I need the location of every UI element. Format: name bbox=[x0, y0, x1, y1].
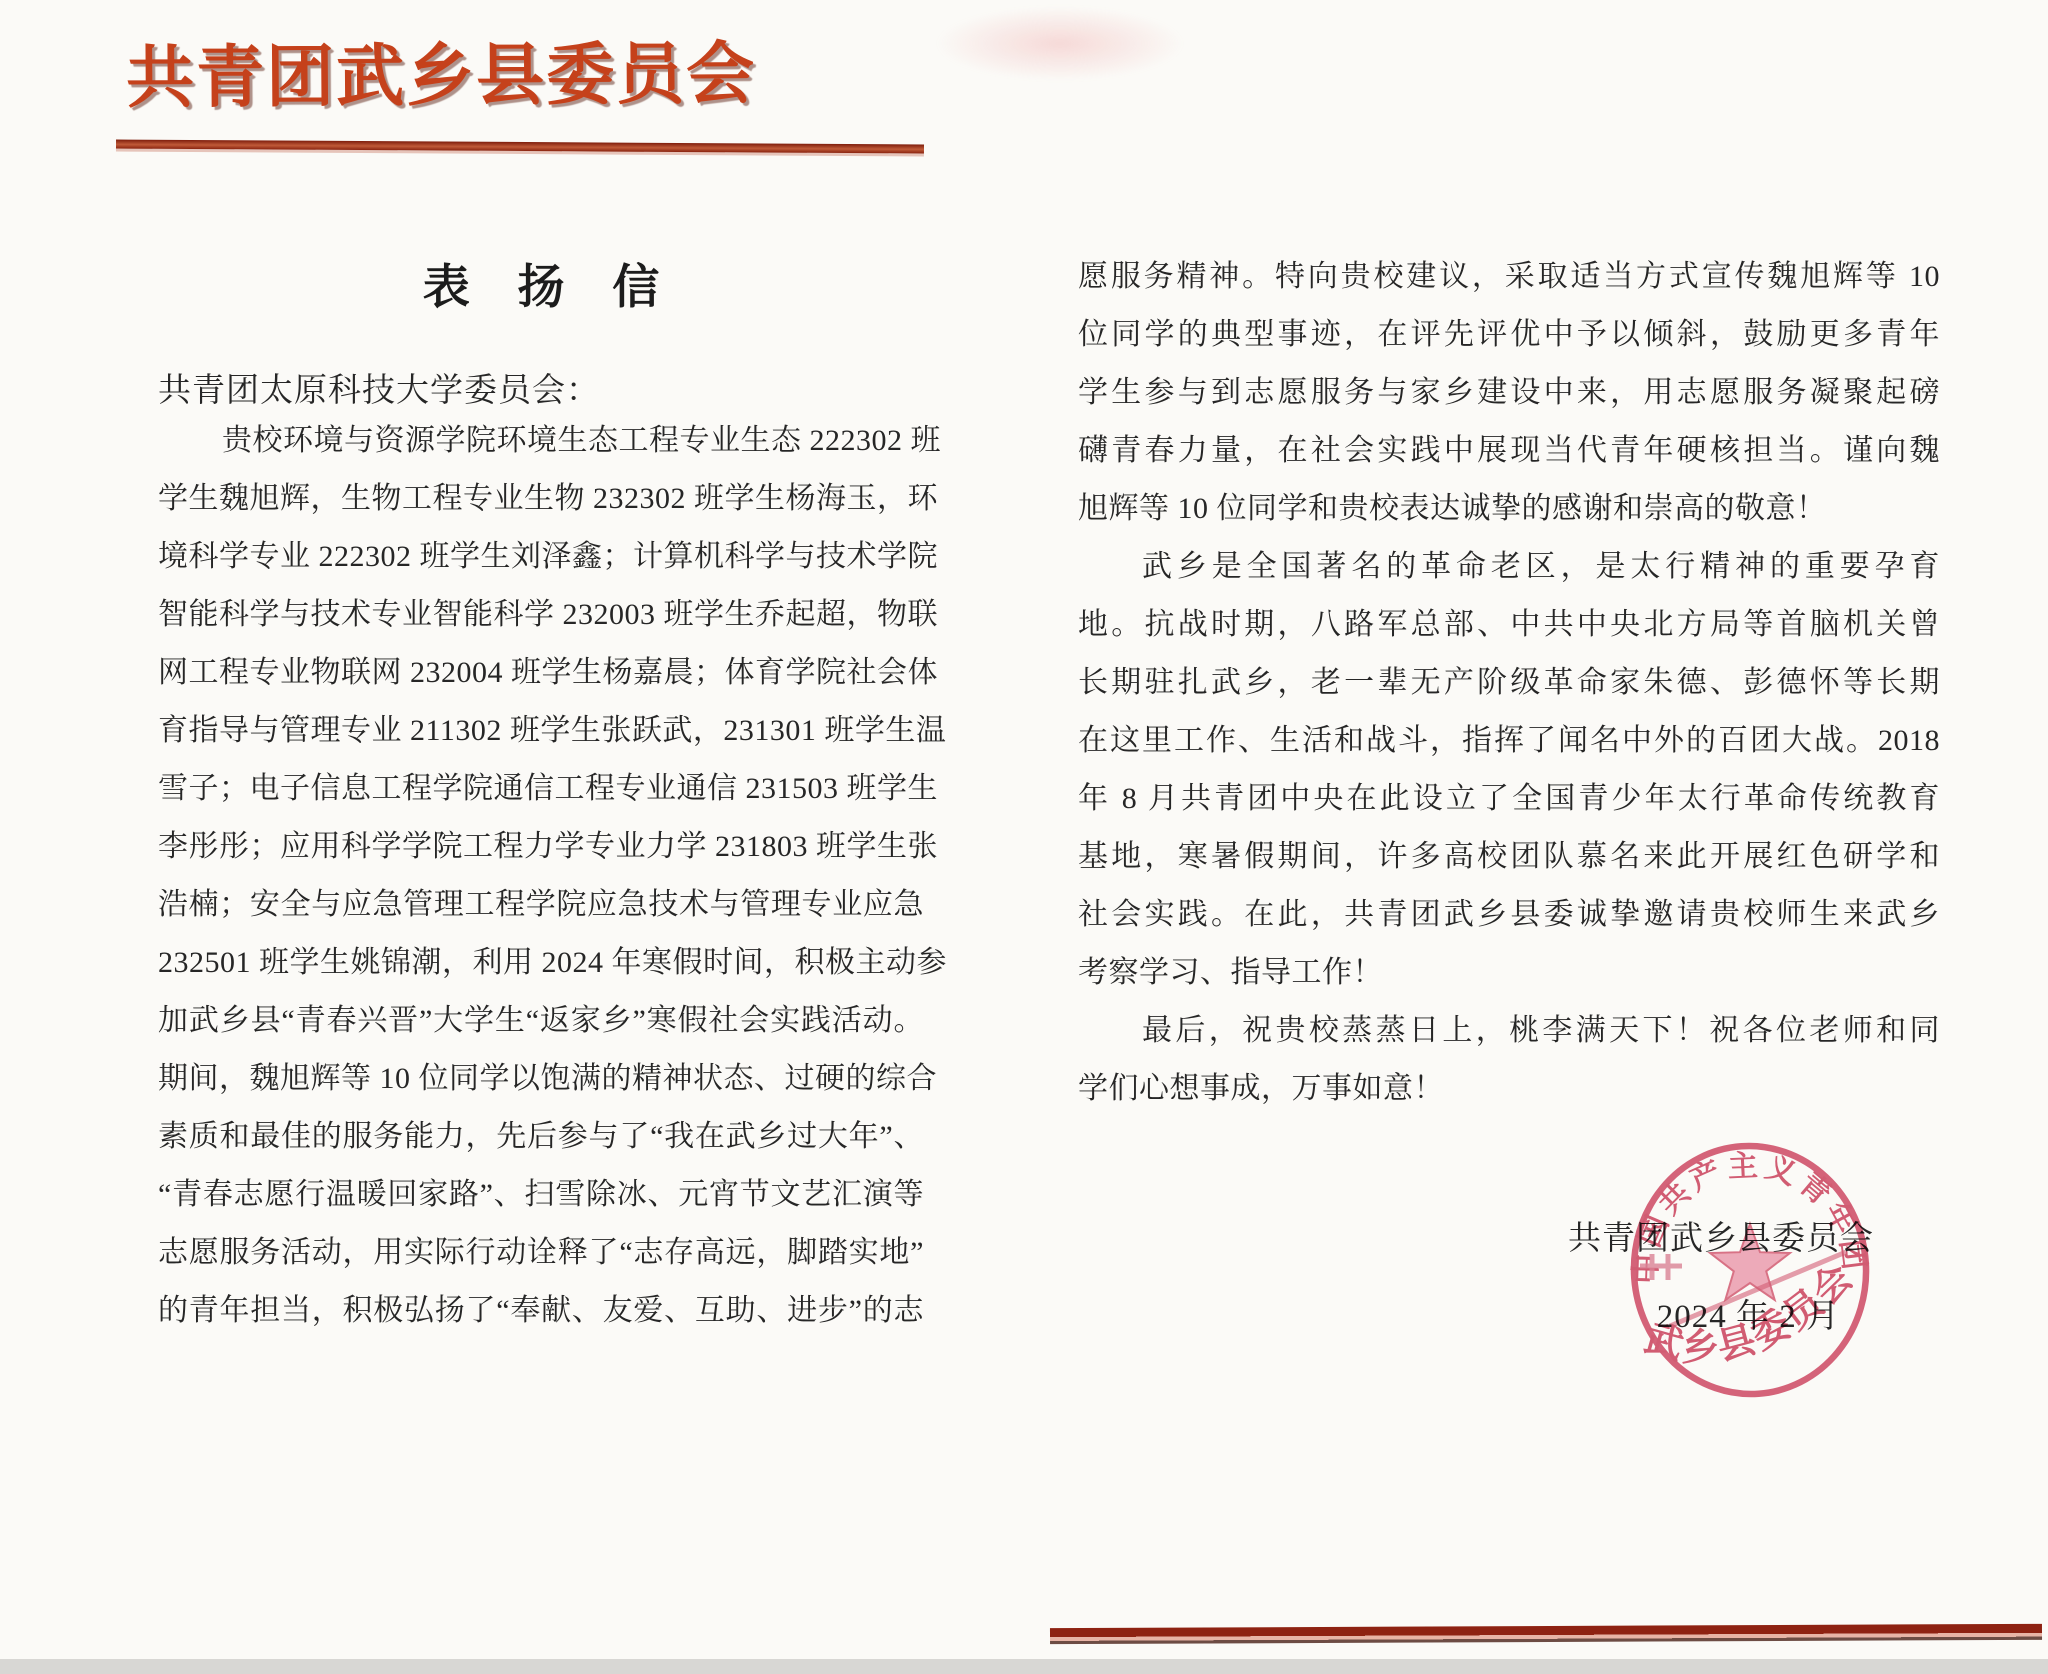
text-line: 长期驻扎武乡，老一辈无产阶级革命家朱德、彭德怀等长期 bbox=[1078, 654, 1940, 712]
text-line: 加武乡县“青春兴晋”大学生“返家乡”寒假社会实践活动。 bbox=[158, 992, 924, 1050]
text-line: 学生参与到志愿服务与家乡建设中来，用志愿服务凝聚起磅 bbox=[1078, 364, 1940, 422]
text-line: 考察学习、指导工作！ bbox=[1078, 944, 1940, 1002]
letterhead-org-title: 共青团武乡县委员会 bbox=[126, 20, 757, 121]
text-line: 贵校环境与资源学院环境生态工程专业生态 222302 班 bbox=[158, 412, 924, 470]
scanned-letter-page: 共青团武乡县委员会 表 扬 信 共青团太原科技大学委员会： 贵校环境与资源学院环… bbox=[0, 0, 2048, 1674]
right-column-paragraph-3: 最后，祝贵校蒸蒸日上，桃李满天下！祝各位老师和同学们心想事成，万事如意！ bbox=[1078, 1002, 1940, 1118]
text-line: 李彤彤；应用科学学院工程力学专业力学 231803 班学生张 bbox=[158, 818, 924, 876]
official-red-seal: 中国共产主义青年团 武乡县委员会 bbox=[1612, 1134, 1888, 1410]
text-line: 礴青春力量，在社会实践中展现当代青年硬核担当。谨向魏 bbox=[1078, 422, 1940, 480]
text-line: 基地，寒暑假期间，许多高校团队慕名来此开展红色研学和 bbox=[1078, 828, 1940, 886]
text-line: 的青年担当，积极弘扬了“奉献、友爱、互助、进步”的志 bbox=[158, 1282, 924, 1340]
text-line: 育指导与管理专业 211302 班学生张跃武，231301 班学生温 bbox=[158, 702, 924, 760]
text-line: 社会实践。在此，共青团武乡县委诚挚邀请贵校师生来武乡 bbox=[1078, 886, 1940, 944]
text-line: 浩楠；安全与应急管理工程学院应急技术与管理专业应急 bbox=[158, 876, 924, 934]
text-line: 素质和最佳的服务能力，先后参与了“我在武乡过大年”、 bbox=[158, 1108, 924, 1166]
text-line: 位同学的典型事迹，在评先评优中予以倾斜，鼓励更多青年 bbox=[1078, 306, 1940, 364]
letterhead-divider-rule bbox=[116, 140, 924, 154]
text-line: 网工程专业物联网 232004 班学生杨嘉晨；体育学院社会体 bbox=[158, 644, 924, 702]
text-line: 地。抗战时期，八路军总部、中共中央北方局等首脑机关曾 bbox=[1078, 596, 1940, 654]
text-line: 学生魏旭辉，生物工程专业生物 232302 班学生杨海玉，环 bbox=[158, 470, 924, 528]
text-line: 志愿服务活动，用实际行动诠释了“志存高远，脚踏实地” bbox=[158, 1224, 924, 1282]
text-line: 在这里工作、生活和战斗，指挥了闻名中外的百团大战。2018 bbox=[1078, 712, 1940, 770]
text-line: 期间，魏旭辉等 10 位同学以饱满的精神状态、过硬的综合 bbox=[158, 1050, 924, 1108]
left-column-paragraph: 贵校环境与资源学院环境生态工程专业生态 222302 班学生魏旭辉，生物工程专业… bbox=[158, 412, 924, 1340]
text-line: 雪子；电子信息工程学院通信工程专业通信 231503 班学生 bbox=[158, 760, 924, 818]
right-column-paragraph-2: 武乡是全国著名的革命老区，是太行精神的重要孕育地。抗战时期，八路军总部、中共中央… bbox=[1078, 538, 1940, 1002]
text-line: 学们心想事成，万事如意！ bbox=[1078, 1060, 1940, 1118]
right-column-paragraph-1: 愿服务精神。特向贵校建议，采取适当方式宣传魏旭辉等 10位同学的典型事迹，在评先… bbox=[1078, 248, 1940, 538]
text-line: “青春志愿行温暖回家路”、扫雪除冰、元宵节文艺汇演等 bbox=[158, 1166, 924, 1224]
document-title: 表 扬 信 bbox=[158, 250, 924, 317]
seal-star-icon bbox=[1710, 1224, 1790, 1300]
text-line: 智能科学与技术专业智能科学 232003 班学生乔起超，物联 bbox=[158, 586, 924, 644]
text-line: 境科学专业 222302 班学生刘泽鑫；计算机科学与技术学院 bbox=[158, 528, 924, 586]
text-line: 232501 班学生姚锦潮，利用 2024 年寒假时间，积极主动参 bbox=[158, 934, 924, 992]
footer-divider-rule bbox=[1050, 1624, 2042, 1644]
scan-bottom-edge bbox=[0, 1659, 2048, 1674]
text-line: 武乡是全国著名的革命老区，是太行精神的重要孕育 bbox=[1078, 538, 1940, 596]
text-line: 旭辉等 10 位同学和贵校表达诚挚的感谢和崇高的敬意！ bbox=[1078, 480, 1940, 538]
text-line: 最后，祝贵校蒸蒸日上，桃李满天下！祝各位老师和同 bbox=[1078, 1002, 1940, 1060]
scan-smudge-artifact bbox=[935, 6, 1185, 81]
text-line: 年 8 月共青团中央在此设立了全国青少年太行革命传统教育 bbox=[1078, 770, 1940, 828]
text-line: 愿服务精神。特向贵校建议，采取适当方式宣传魏旭辉等 10 bbox=[1078, 248, 1940, 306]
salutation-line: 共青团太原科技大学委员会： bbox=[158, 364, 600, 411]
